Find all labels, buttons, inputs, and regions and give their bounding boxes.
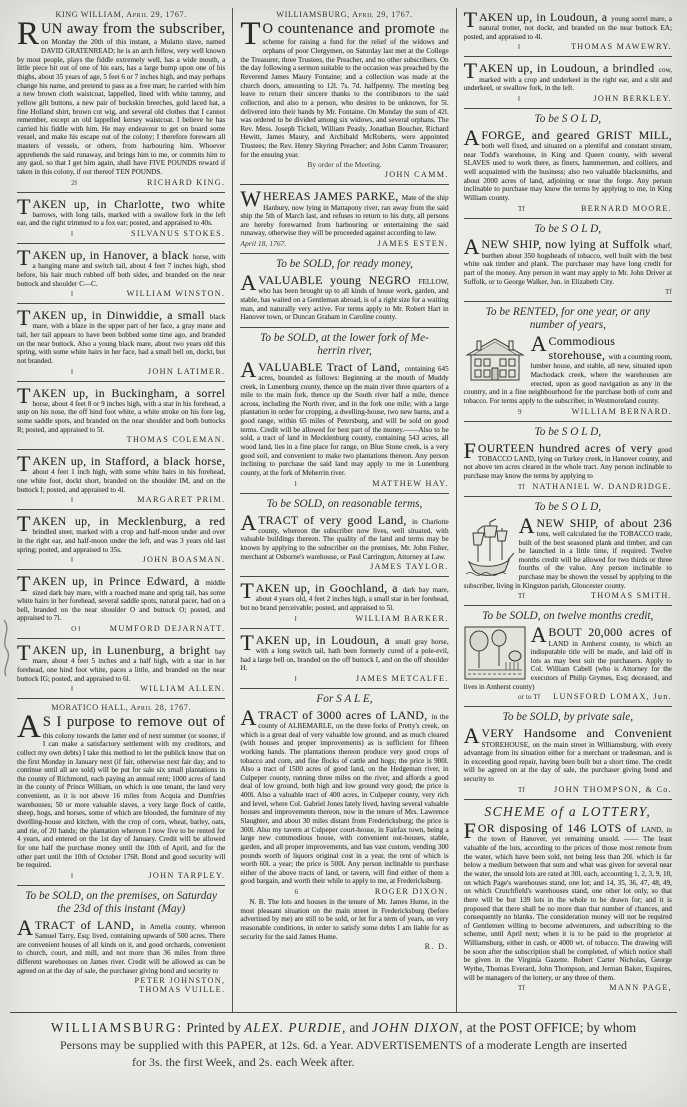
ad-text: both well fixed, and situated on a plent…	[464, 142, 672, 202]
ad-lead-line: OR disposing of 146 LOTS of	[478, 821, 641, 835]
imprint-footer: WILLIAMSBURG: Printed by ALEX. PURDIE, a…	[10, 1012, 677, 1070]
ad-body: AFORGE, and geared GRIST MILL, both well…	[464, 128, 672, 203]
drop-cap: T	[464, 61, 479, 79]
ad-body: ABOUT 20,000 acres of LAND in Amherst co…	[464, 625, 672, 691]
ad-mark: ‖	[464, 94, 520, 103]
signature-row: or to TfLUNSFORD LOMAX, Jun.	[464, 692, 672, 701]
ad-mark: Tf	[464, 591, 525, 600]
ad-mark: ‖	[17, 289, 73, 298]
ad-heading-line: To be S O L D,	[464, 113, 672, 126]
advertisement: TAKEN up, in Charlotte, two white barrow…	[17, 192, 225, 241]
ad-mark: ‖	[17, 495, 73, 504]
ad-lead-line: VALUABLE young NEGRO	[258, 273, 418, 287]
drop-cap: A	[464, 237, 482, 255]
ad-body: TAKEN up, in Loudoun, a small gray horse…	[240, 633, 448, 673]
signature-row: THOMAS COLEMAN.	[17, 435, 225, 444]
ad-signature: THOMAS MAWEWRY.	[571, 42, 672, 51]
ad-lead-line: AKEN up, in Dinwiddie, a small	[32, 308, 209, 322]
column-2: WILLIAMSBURG, April 29, 1767.TO countena…	[232, 8, 455, 1012]
ad-body: FOR disposing of 146 LOTS of LAND, in th…	[464, 821, 672, 982]
ad-mark: 2‖	[17, 178, 77, 187]
ad-lead-line: AKEN up, in Charlotte, two white	[32, 197, 225, 211]
ad-mark: ‖	[240, 674, 296, 683]
landscape-woodcut-icon	[464, 626, 526, 680]
ad-heading: To be SOLD, on reasonable terms,	[240, 498, 448, 511]
ad-body: TAKEN up, in Loudoun, a young sorrel mar…	[464, 10, 672, 41]
ad-body: ATRACT of 3000 acres of LAND, in the cou…	[240, 708, 448, 886]
drop-cap: T	[17, 386, 32, 404]
ad-body: TAKEN up, in Prince Edward, a middle siz…	[17, 574, 225, 623]
ad-heading-line: To be SOLD, on the premises, on Saturday	[17, 890, 225, 903]
ad-mark: 9	[464, 407, 522, 416]
ad-heading: To be SOLD, on twelve months credit,	[464, 610, 672, 623]
signature-row: JAMES TAYLOR.	[240, 562, 448, 571]
advertisement: To be S O L D,ANEW SHIP, now lying at Su…	[464, 218, 672, 300]
ad-heading: To be SOLD, by private sale,	[464, 711, 672, 724]
advertisement: For S A L E,ATRACT of 3000 acres of LAND…	[240, 688, 448, 955]
imprint-city: WILLIAMSBURG:	[51, 1020, 183, 1035]
ad-lead-line: AKEN up, in Loudoun, a	[479, 10, 611, 24]
ad-lead-line: AKEN up, in Hanover, a black	[32, 248, 192, 262]
drop-cap: T	[240, 581, 255, 599]
ad-lead-line: AKEN up, in Buckingham, a sorrel	[32, 386, 225, 400]
ad-body: ANEW SHIP, of about 236 tons, well calcu…	[464, 516, 672, 591]
ad-lead-line: AKEN up, in Prince Edward, a	[32, 574, 205, 588]
ad-lead-line: Commodious storehouse,	[549, 334, 616, 362]
ad-text: containing 645 acres, bounded as follows…	[240, 365, 448, 477]
ad-heading: To be SOLD, on the premises, on Saturday…	[17, 890, 225, 916]
ad-signature: WILLIAM ALLEN.	[140, 684, 225, 693]
ad-signature: THOMAS COLEMAN.	[127, 435, 226, 444]
columns: KING WILLIAM, April 29, 1767.RUN away fr…	[0, 0, 687, 1012]
ad-mark: or to Tf	[464, 692, 541, 701]
signature-row: April 18, 1767.JAMES ESTEN.	[240, 239, 448, 248]
advertisement: KING WILLIAM, April 29, 1767.RUN away fr…	[17, 8, 225, 190]
drop-cap: T	[240, 21, 262, 48]
ad-heading-line: To be S O L D,	[464, 501, 672, 514]
drop-cap: T	[17, 574, 32, 592]
drop-cap: A	[531, 625, 549, 643]
ad-body: TAKEN up, in Mecklenburg, a red brindled…	[17, 514, 225, 554]
drop-cap: A	[17, 714, 43, 741]
ad-signature: MUMFORD DEJARNATT.	[110, 624, 226, 633]
ad-mark: ‖	[17, 871, 73, 880]
ad-signature: JOHN BOASMAN.	[142, 555, 225, 564]
drop-cap: T	[17, 308, 32, 326]
ad-signature: SILVANUS STOKES.	[131, 229, 225, 238]
advertisement: To be SOLD, by private sale,AVERY Handso…	[464, 706, 672, 796]
signature-row: 2‖RICHARD KING.	[17, 178, 225, 187]
ad-lead-line: NEW SHIP, now lying at Suffolk	[482, 237, 654, 251]
ad-heading-line: herrin river,	[240, 345, 448, 358]
drop-cap: A	[464, 726, 482, 744]
drop-cap: A	[519, 516, 537, 534]
ad-lead-line: TRACT of LAND,	[35, 918, 140, 932]
drop-cap: T	[17, 197, 32, 215]
ad-body: WHEREAS JAMES PARKE, Mate of the ship Ha…	[240, 189, 448, 238]
ad-mark: ‖	[17, 555, 73, 564]
ad-dateline: KING WILLIAM, April 29, 1767.	[17, 10, 225, 19]
ad-text: STOREHOUSE, on the main street in Willia…	[464, 741, 672, 784]
ad-lead-line: O countenance and promote	[263, 21, 440, 37]
advertisement: SCHEME of a LOTTERY,FOR disposing of 146…	[464, 799, 672, 996]
ad-signature: LUNSFORD LOMAX, Jun.	[553, 692, 672, 701]
drop-cap: R	[17, 21, 41, 48]
ad-lead-line: AKEN up, in Loudoun, a	[256, 633, 395, 647]
imprint-line-3: for 3s. the first Week, and 2s. each Wee…	[12, 1055, 675, 1070]
ad-heading-line: To be RENTED, for one year, or any	[464, 306, 672, 319]
ad-heading: For S A L E,	[240, 693, 448, 706]
ad-heading: To be RENTED, for one year, or anynumber…	[464, 306, 672, 332]
ad-heading-line: To be S O L D,	[464, 426, 672, 439]
ad-signature: JOHN CAMM.	[385, 170, 449, 179]
signature-row: ‖THOMAS MAWEWRY.	[464, 42, 672, 51]
ad-mark: 6	[240, 887, 298, 896]
advertisement: TAKEN up, in Hanover, a black horse, wit…	[17, 243, 225, 301]
signature-row: ‖WILLIAM ALLEN.	[17, 684, 225, 693]
ad-signature: JAMES METCALFE.	[356, 674, 449, 683]
ad-text: horse, about 4 feet 8 or 9 inches high, …	[17, 400, 225, 434]
drop-cap: T	[17, 514, 32, 532]
ad-heading-line: To be S O L D,	[464, 223, 672, 236]
ad-signature: RICHARD KING.	[147, 178, 225, 187]
ad-signature: WILLIAM BARKER.	[355, 614, 448, 623]
ad-signature: WILLIAM BERNARD.	[572, 407, 672, 416]
ad-heading-line: To be SOLD, at the lower fork of Me-	[240, 332, 448, 345]
imprint-conj: and	[350, 1020, 369, 1035]
ad-lead-line: TRACT of 3000 acres of LAND,	[258, 708, 431, 722]
signature-row: ‖MATTHEW HAY.	[240, 479, 448, 488]
ad-postscript: N. B. The lots and houses in the tenure …	[240, 898, 448, 941]
ad-heading-line: the 23d of this instant (May)	[17, 903, 225, 916]
imprint-printer-1: ALEX. PURDIE,	[244, 1020, 346, 1035]
drop-cap: A	[240, 360, 258, 378]
ad-signature: MANN PAGE,	[609, 983, 672, 992]
imprint-office: at the POST OFFICE; by whom	[467, 1020, 636, 1035]
ad-text: the scheme for raising a fund for the re…	[240, 27, 448, 159]
signature-row: TfMANN PAGE,	[464, 983, 672, 992]
ad-signature: JOHN BERKLEY.	[593, 94, 672, 103]
ad-heading-line: To be SOLD, for ready money,	[240, 258, 448, 271]
signature-row: ‖JOHN BOASMAN.	[17, 555, 225, 564]
ship-woodcut-icon	[464, 517, 514, 579]
signature-row: Tf	[464, 287, 672, 296]
ad-heading: To be SOLD, at the lower fork of Me-herr…	[240, 332, 448, 358]
ad-body: TAKEN up, in Hanover, a black horse, wit…	[17, 248, 225, 288]
ad-mark: ‖	[464, 42, 520, 51]
drop-cap: A	[464, 128, 482, 146]
ad-body: TO countenance and promote the scheme fo…	[240, 21, 448, 159]
ad-text: about 4 feet 1 inch high, with some whit…	[17, 468, 225, 493]
ad-heading-line: For S A L E,	[240, 693, 448, 706]
imprint-printed-by: Printed by	[186, 1020, 241, 1035]
advertisement: To be SOLD, at the lower fork of Me-herr…	[240, 327, 448, 491]
ad-text: LAND, in the town of Hanover, yet remain…	[464, 826, 672, 981]
ad-signature: R. D.	[425, 942, 449, 951]
ink-smudge	[0, 618, 14, 678]
ad-body: TAKEN up, in Goochland, a dark bay mare,…	[240, 581, 448, 612]
signature-row: O ‖MUMFORD DEJARNATT.	[17, 624, 225, 633]
column-1: KING WILLIAM, April 29, 1767.RUN away fr…	[10, 8, 232, 1012]
signature-row: R. D.	[240, 942, 448, 951]
ad-mark: Tf	[665, 287, 672, 296]
ad-body: RUN away from the subscriber, on Monday …	[17, 21, 225, 177]
ad-body: ACommodious storehouse, with a counting …	[464, 334, 672, 406]
drop-cap: A	[531, 334, 549, 352]
advertisement: To be RENTED, for one year, or anynumber…	[464, 301, 672, 418]
drop-cap: A	[240, 273, 258, 291]
advertisement: To be SOLD, for ready money,AVALUABLE yo…	[240, 253, 448, 325]
ad-body: TAKEN up, in Dinwiddie, a small black ma…	[17, 308, 225, 365]
ad-mark: ‖	[17, 229, 73, 238]
ad-heading: To be S O L D,	[464, 426, 672, 439]
advertisement: TAKEN up, in Prince Edward, a middle siz…	[17, 569, 225, 636]
signature-row: ‖JAMES METCALFE.	[240, 674, 448, 683]
ad-mark: ‖	[240, 479, 296, 488]
advertisement: WILLIAMSBURG, April 29, 1767.TO countena…	[240, 8, 448, 182]
advertisement: TAKEN up, in Loudoun, a small gray horse…	[240, 628, 448, 686]
ad-text: this colony towards the latter end of ne…	[17, 732, 225, 870]
advertisement: TAKEN up, in Goochland, a dark bay mare,…	[240, 576, 448, 625]
ad-body: ANEW SHIP, now lying at Suffolk wharf, b…	[464, 237, 672, 286]
signature-row: ‖JOHN TARPLEY.	[17, 871, 225, 880]
imprint-printer-2: JOHN DIXON,	[372, 1020, 464, 1035]
ad-lead-line: NEW SHIP, of about 236	[537, 516, 672, 530]
signature-row: TfJOHN THOMPSON, & Co.	[464, 785, 672, 794]
ad-body: ATRACT of very good Land, in Charlotte c…	[240, 513, 448, 562]
ad-mark: ‖	[17, 367, 73, 376]
advertisement: TAKEN up, in Stafford, a black horse, ab…	[17, 449, 225, 507]
signature-row: 9WILLIAM BERNARD.	[464, 407, 672, 416]
ad-lead-line: AKEN up, in Lunenburg, a bright	[32, 643, 214, 657]
drop-cap: A	[240, 708, 258, 726]
ad-dateline: MORATICO HALL, April 28, 1767.	[17, 703, 225, 712]
signature-row: ‖SILVANUS STOKES.	[17, 229, 225, 238]
ad-text: in the county of ALBEMARLE, on the three…	[240, 713, 448, 886]
ad-mark: Tf	[464, 482, 525, 491]
ad-heading-line: To be SOLD, on reasonable terms,	[240, 498, 448, 511]
ad-heading: To be S O L D,	[464, 223, 672, 236]
ad-heading: To be S O L D,	[464, 501, 672, 514]
drop-cap: T	[17, 643, 32, 661]
ad-lead-line: AKEN up, in Mecklenburg, a red	[32, 514, 225, 528]
advertisement: TAKEN up, in Buckingham, a sorrel horse,…	[17, 381, 225, 448]
ad-body: AVALUABLE young NEGRO FELLOW, who has be…	[240, 273, 448, 322]
ad-lead-line: OURTEEN hundred acres of very	[478, 441, 658, 455]
signature-row: TfTHOMAS SMITH.	[464, 591, 672, 600]
imprint-line-1: WILLIAMSBURG: Printed by ALEX. PURDIE, a…	[12, 1020, 675, 1036]
signature-row: TfBERNARD MOORE.	[464, 204, 672, 213]
signature-row: ‖JOHN BERKLEY.	[464, 94, 672, 103]
newspaper-page: KING WILLIAM, April 29, 1767.RUN away fr…	[0, 0, 687, 1107]
ad-body: TAKEN up, in Lunenburg, a bright bay mar…	[17, 643, 225, 683]
ad-heading: SCHEME of a LOTTERY,	[464, 804, 672, 820]
advertisement: WHEREAS JAMES PARKE, Mate of the ship Ha…	[240, 184, 448, 251]
drop-cap: T	[464, 10, 479, 28]
advertisement: TAKEN up, in Dinwiddie, a small black ma…	[17, 303, 225, 378]
advertisement: TAKEN up, in Lunenburg, a bright bay mar…	[17, 638, 225, 696]
ad-body: TAKEN up, in Charlotte, two white barrow…	[17, 197, 225, 228]
ad-mark: Tf	[464, 983, 525, 992]
ad-signature: MARGARET PRIM.	[137, 495, 225, 504]
ad-body: ATRACT of LAND, in Amelia county, whereo…	[17, 918, 225, 975]
signature-row: ‖JOHN LATIMER.	[17, 367, 225, 376]
ad-lead-line: AKEN up, in Stafford, a black horse,	[32, 454, 225, 468]
drop-cap: F	[464, 821, 478, 839]
drop-cap: W	[240, 189, 263, 207]
ad-mark: ‖	[240, 614, 296, 623]
ad-lead-line: HEREAS JAMES PARKE,	[263, 189, 402, 203]
signature-row: TfNATHANIEL W. DANDRIDGE.	[464, 482, 672, 491]
ad-lead-line: VERY Handsome and Convenient	[482, 726, 672, 740]
signature-row: ‖WILLIAM BARKER.	[240, 614, 448, 623]
signature-row: THOMAS VUILLE.	[17, 985, 225, 994]
ad-signature: JOHN THOMPSON, & Co.	[554, 785, 672, 794]
drop-cap: A	[17, 918, 35, 936]
ad-lead-line: VALUABLE Tract of Land,	[258, 360, 404, 374]
ad-body: TAKEN up, in Stafford, a black horse, ab…	[17, 454, 225, 494]
ad-body: AVERY Handsome and Convenient STOREHOUSE…	[464, 726, 672, 783]
ad-mark: O ‖	[17, 624, 80, 633]
ad-heading-line: To be SOLD, on twelve months credit,	[464, 610, 672, 623]
ad-text: barrows, with long tails, marked with a …	[17, 211, 225, 228]
advertisement: To be SOLD, on twelve months credit, ABO…	[464, 605, 672, 704]
ad-signature: JOHN LATIMER.	[148, 367, 225, 376]
ad-signature: JAMES TAYLOR.	[370, 562, 449, 571]
ad-signature: BERNARD MOORE.	[581, 204, 672, 213]
drop-cap: T	[17, 248, 32, 266]
column-3: TAKEN up, in Loudoun, a young sorrel mar…	[456, 8, 679, 1012]
advertisement: TAKEN up, in Mecklenburg, a red brindled…	[17, 509, 225, 567]
ad-mark: ‖	[17, 684, 73, 693]
drop-cap: F	[464, 441, 478, 459]
ad-signature: JAMES ESTEN.	[378, 239, 449, 248]
ad-dateline: WILLIAMSBURG, April 29, 1767.	[240, 10, 448, 19]
ad-date: April 18, 1767.	[240, 239, 286, 248]
advertisement: To be S O L D,FOURTEEN hundred acres of …	[464, 421, 672, 494]
ad-mark: Tf	[464, 204, 525, 213]
ad-lead-line: FORGE, and geared GRIST MILL,	[482, 128, 672, 142]
ad-heading: To be S O L D,	[464, 113, 672, 126]
ad-lead-line: AKEN up, in Goochland, a	[256, 581, 403, 595]
ad-lead-line: TRACT of very good Land,	[258, 513, 412, 527]
advertisement: To be S O L D,AFORGE, and geared GRIST M…	[464, 108, 672, 216]
ad-body: AS I purpose to remove out of this colon…	[17, 714, 225, 870]
ad-signature: WILLIAM WINSTON.	[127, 289, 226, 298]
ad-signature: NATHANIEL W. DANDRIDGE.	[532, 482, 672, 491]
drop-cap: T	[17, 454, 32, 472]
ad-heading-line: number of years,	[464, 319, 672, 332]
ad-lead-line: BOUT 20,000 acres of	[549, 625, 672, 639]
ad-signature: ROGER DIXON.	[375, 887, 449, 896]
advertisement: To be S O L D, ANEW SHIP, of about 236 t…	[464, 496, 672, 604]
signature-row: PETER JOHNSTON,	[17, 976, 225, 985]
ad-body: FOURTEEN hundred acres of very good TOBA…	[464, 441, 672, 481]
advertisement: To be SOLD, on the premises, on Saturday…	[17, 885, 225, 997]
imprint-line-2: Persons may be supplied with this PAPER,…	[12, 1038, 675, 1053]
signature-row: JOHN CAMM.	[240, 170, 448, 179]
ad-lead-line: S I purpose to remove out of	[43, 714, 225, 730]
ad-lead-line: AKEN up, in Loudoun, a brindled	[479, 61, 659, 75]
advertisement: TAKEN up, in Loudoun, a young sorrel mar…	[464, 8, 672, 54]
advertisement: MORATICO HALL, April 28, 1767.AS I purpo…	[17, 698, 225, 883]
ad-body: AVALUABLE Tract of Land, containing 645 …	[240, 360, 448, 478]
ad-heading: To be SOLD, for ready money,	[240, 258, 448, 271]
ad-heading-line: To be SOLD, by private sale,	[464, 711, 672, 724]
ad-signature: MATTHEW HAY.	[372, 479, 448, 488]
drop-cap: A	[240, 513, 258, 531]
signature-row: ‖WILLIAM WINSTON.	[17, 289, 225, 298]
signature-row: 6ROGER DIXON.	[240, 887, 448, 896]
ad-signature: THOMAS VUILLE.	[139, 985, 225, 994]
advertisement: TAKEN up, in Loudoun, a brindled cow, ma…	[464, 56, 672, 105]
ad-body: TAKEN up, in Loudoun, a brindled cow, ma…	[464, 61, 672, 92]
ad-text: brindled steer, marked with a crop and h…	[17, 528, 225, 553]
ad-body: TAKEN up, in Buckingham, a sorrel horse,…	[17, 386, 225, 435]
ad-heading-line: SCHEME of a LOTTERY,	[464, 804, 672, 820]
signature-row: ‖MARGARET PRIM.	[17, 495, 225, 504]
ad-signature: PETER JOHNSTON,	[135, 976, 226, 985]
ad-lead-line: UN away from the subscriber,	[41, 21, 225, 37]
drop-cap: T	[240, 633, 255, 651]
ad-mark: Tf	[464, 785, 525, 794]
ad-signature: JOHN TARPLEY.	[148, 871, 225, 880]
house-woodcut-icon	[464, 335, 526, 383]
advertisement: To be SOLD, on reasonable terms,ATRACT o…	[240, 493, 448, 575]
ad-byline: By order of the Meeting.	[240, 160, 448, 169]
ad-signature: THOMAS SMITH.	[591, 591, 672, 600]
ad-text: on Monday the 20th of this instant, a Mu…	[17, 38, 225, 176]
